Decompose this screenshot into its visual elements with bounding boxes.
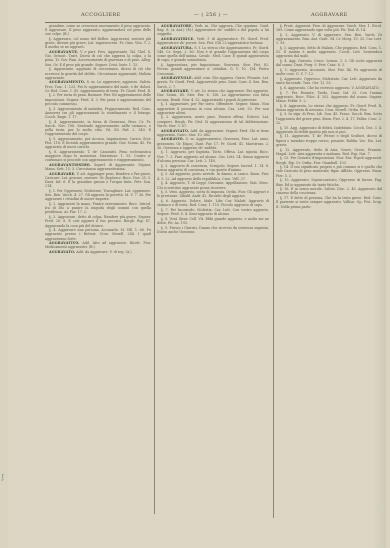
dictionary-entry: AGGRAVATIVO. Add. Atto ad aggravare. Ric… [45,241,151,249]
dictionary-entry: §. 1. Aggravio, per Ingiuria, Torto, Off… [157,150,269,162]
dictionary-entry: §. 12. Aggravato, detto di Aria, Grave, … [276,148,382,156]
entry-text: §. 3. Aggravato, detto di Malato, Che pe… [276,46,382,58]
dictionary-entry: AGGRAVARE. V. att. Aggiunger peso, Rende… [45,172,151,189]
entry-text: §. 13. Per Gravato d'imposizioni. Stor. … [276,156,382,164]
entry-text: §. 3. Ad aggravio, posto avverb. In dann… [157,172,269,180]
dictionary-entry: §. 9. Presso i Giuristi, Danno che ricev… [157,226,269,234]
entry-text: §. 1. Per Opprimere, Molestare, Travagli… [45,189,151,201]
dictionary-entry: §. 7. Per Incomodo, Molestia. Car. Lett.… [157,208,269,216]
dictionary-entry: §. 2. Aggravare la mano, Punire severame… [45,202,151,214]
entry-text: §. 9. Presso i Giuristi, Danno che ricev… [157,226,269,234]
entry-text: §. 6. Aggravato, Che ha ricevuto aggravi… [280,86,379,90]
entry-text: §. 1. Aggravio, per Ingiuria, Torto, Off… [157,150,269,162]
dictionary-entry: AGGRAVATO. Add. da Aggravare. V. di reg.… [45,250,151,254]
entry-text: §. 8. Aggravata, Lo stesso che Aggravio.… [276,104,382,112]
column-divider [154,24,155,514]
dictionary-entry: §. 6. Aggravio, Dolore, Male. Libr. Cur.… [157,199,269,207]
running-head-right: AGGRAVARE [311,12,348,18]
dictionary-entry: §. 2. Aggraviarsi, neutr. pass. Tenersi … [157,115,269,127]
dictionary-entry: §. 16. E in senso morale. Salvin. Disc. … [276,187,382,195]
dictionary-entry: §. 3. Ad aggravio, posto avverb. In dann… [157,172,269,180]
entry-text: §. Prost. Aggravat. Pres. di Aggravare. … [276,24,382,32]
entry-text: §. 9. In sign. di Peso. Lib. Son. 45. Fr… [276,112,382,124]
dictionary-entry: §. 6. Aggravamento. T. de' Canonisti. Pe… [45,150,151,162]
entry-text: §. 6. Aggravio, Dolore, Male. Libr. Cur.… [157,199,269,207]
entry-text: §. 3. Aggravare, detto di colpa, Rendere… [45,215,151,227]
entry-text: Add. da Aggravare. V. di reg. (A.) [76,250,131,254]
dictionary-entry: grandine, come se crescesse nuovamente i… [45,24,151,36]
entry-text: §. 7. Per Incomodo, Molestia. Car. Lett.… [157,208,269,216]
dictionary-entry: AGGRAVEVOLE. Add. com. Che aggrava. Grav… [157,76,269,88]
column-divider [273,24,274,518]
entry-text: §. Aggravare, col nome del Reflex. Aggra… [45,37,151,49]
page-number: — ( 256 ) — [194,12,228,18]
dictionary-entry: §. 1. Aggraviare, per Far torto, Offende… [157,102,269,114]
entry-text: §. 4. Aggravio, T. di Leggi. Gravame, Ap… [157,181,269,189]
entry-text: §. 17. E detto di persona, Che ha la tes… [276,196,382,208]
entry-text: §. 4. Aggravare una persona, Accusarla. … [45,228,151,240]
dictionary-entry: AGGRAVATORE. Verb. m. Che aggrava. Che o… [157,24,269,36]
dictionary-entry: §. 7. Per Pesante, Tardo. Dant. Inf. 33.… [276,91,382,103]
entry-text: §. 2. Aggravio di coscienza, Scrupolo. S… [157,164,269,172]
dictionary-entry: §. 3. Aggravamento di malattia, Peggiora… [45,107,151,119]
dictionary-entry: §. 15. Aggravato, Sopraccaricato, Oppres… [276,178,382,186]
dictionary-entry: §. 8. Aggravata, Lo stesso che Aggravio.… [276,104,382,112]
dictionary-entry: §. 2. Aggravio di coscienza, Scrupolo. S… [157,164,269,172]
dictionary-entry: §. Aggravante, aggiunto di circostanza, … [45,67,151,79]
dictionary-entry: AGGRAVAMENTO. S. m. Lo aggravare; aggrav… [45,80,151,92]
entry-text: §. 12. Aggravato, detto di Aria, Grave, … [276,148,382,156]
dictionary-entry: §. 5. Vent. Aggravio, sorta di imposta. … [157,190,269,198]
dictionary-entry: §. 11. Aggravato, T. de' Pittori e degli… [276,134,382,146]
entry-text: §. 2. Aggraviarsi, neutr. pass. Tenersi … [157,115,269,127]
entry-text: §. 10. Agg. Aggravato di debiti, Indebit… [276,126,382,134]
dictionary-entry: AGGRAVATURA. S. f. Lo stesso che Aggrava… [157,46,269,63]
entry-text: §. 11. Aggravato, T. de' Pittori e degli… [276,134,382,146]
dictionary-entry: §. 4. Aggravio, T. di Leggi. Gravame, Ap… [157,181,269,189]
dictionary-entry: §. Aggravato. Oppresso, Molestato. Car. … [276,77,382,85]
dictionary-entry: §. 3. Aggravato, detto di Malato, Che pe… [276,46,382,58]
dictionary-entry: §. 8. Vent. Benv. Cell. Vit. Ebbi grande… [157,217,269,225]
entry-text: §. 4. Aggravamento, in forza di Gravezza… [45,120,151,136]
headword: AGGRAVATO. [49,250,75,254]
dictionary-entry: §. 4. Aggravare una persona, Accusarla. … [45,228,151,240]
dictionary-entry: §. 5. Aggravato, Accusato. Stor. Pist. 4… [276,68,382,76]
entry-text: §. 4. Agg. Gravato. Crusc. Lezion. 1. 5.… [276,59,382,67]
header-rule [45,22,382,23]
entry-text: §. 8. Vent. Benv. Cell. Vit. Ebbi grande… [157,217,269,225]
column-right: §. Prost. Aggravat. Pres. di Aggravare. … [276,24,382,518]
dictionary-entry: §. 6. Aggravato, Che ha ricevuto aggravi… [276,86,382,90]
dictionary-entry: AGGRAVATRICE. Verb. f. di Aggravatore. F… [157,37,269,45]
dictionary-entry: §. 5. Aggravamento, per Accusa, Imputazi… [45,137,151,149]
entry-text: §. 14. Il suo significato proprio e più … [276,165,382,177]
dictionary-entry: AGGRAVIARE. V. att. Lo stesso che Aggrav… [157,89,269,101]
dictionary-entry: AGGRAVANTISSIMO. Superl. di Aggravante. … [45,163,151,171]
entry-text: §. 1. Aggraviare, per Far torto, Offende… [157,102,269,114]
dictionary-entry: §. Prost. Aggravat. Pres. di Aggravare. … [276,24,382,32]
entry-text: §. 7. Per Pesante, Tardo. Dant. Inf. 33.… [276,91,382,103]
entry-text: §. Aggravato. Oppresso, Molestato. Car. … [276,77,382,85]
entry-text: §. 5. Aggravato, Accusato. Stor. Pist. 4… [276,68,382,76]
dictionary-entry: §. 4. Aggravamento, in forza di Gravezza… [45,120,151,137]
entry-text: §. 6. Aggravamento. T. de' Canonisti. Pe… [45,150,151,162]
dictionary-page: ACCOGLIERE — ( 256 ) — AGGRAVARE grandin… [8,0,386,548]
dictionary-entry: AGGRAVIO. S. m. Aggravamento, Gravezza, … [157,137,269,149]
dictionary-entry: §. Aggravare, col nome del Reflex. Aggra… [45,37,151,49]
dictionary-entry: AGGRAVIATO. Add. da Aggraviare. Segner. … [157,129,269,137]
entry-text: §. 2. Aggravato, V. di aggravare. Sen. B… [276,33,382,45]
entry-text: §. 15. Aggravato, Sopraccaricato, Oppres… [276,178,382,186]
column-left: grandine, come se crescesse nuovamente i… [45,24,151,514]
dictionary-entry: §. 1. Per Opprimere, Molestare, Travagli… [45,189,151,201]
dictionary-entry: §. 13. Per Gravato d'imposizioni. Stor. … [276,156,382,164]
dictionary-entry: §. 17. E detto di persona, Che ha la tes… [276,196,382,208]
entry-text: §. Aggravante, aggiunto di circostanza, … [45,67,151,79]
dictionary-entry: §. 2. Aggravato, V. di aggravare. Sen. B… [276,33,382,45]
entry-text: §. 5. Aggravamento, per Accusa, Imputazi… [45,137,151,149]
dictionary-entry: §. 3. Aggravare, detto di colpa, Rendere… [45,215,151,227]
entry-text: §. 5. Vent. Aggravio, sorta di imposta. … [157,190,269,198]
running-head-left: ACCOGLIERE [81,12,121,18]
dictionary-entry: §. 2. Per sorta di pena. Buonarr. Fier. … [45,93,151,105]
entry-text: §. 2. Per sorta di pena. Buonarr. Fier. … [45,93,151,105]
entry-text: §. Aggravatura, per Imposizione, Gravezz… [157,63,269,75]
column-middle: AGGRAVATORE. Verb. m. Che aggrava. Che o… [157,24,269,516]
dictionary-entry: §. 9. In sign. di Peso. Lib. Son. 45. Fr… [276,112,382,124]
dictionary-entry: §. 4. Agg. Gravato. Crusc. Lezion. 1. 5.… [276,59,382,67]
dictionary-entry: §. Aggravatura, per Imposizione, Gravezz… [157,63,269,75]
margin-mark: ʃ [2,474,4,481]
entry-text: §. 16. E in senso morale. Salvin. Disc. … [276,187,382,195]
entry-text: grandine, come se crescesse nuovamente i… [45,24,151,36]
dictionary-entry: AGGRAVANTE. V. e part. Pres. Aggravante.… [45,50,151,67]
dictionary-entry: §. 10. Agg. Aggravato di debiti, Indebit… [276,126,382,134]
dictionary-entry: §. 14. Il suo significato proprio e più … [276,165,382,177]
entry-text: §. 2. Aggravare la mano, Punire severame… [45,202,151,214]
entry-text: §. 3. Aggravamento di malattia, Peggiora… [45,107,151,119]
